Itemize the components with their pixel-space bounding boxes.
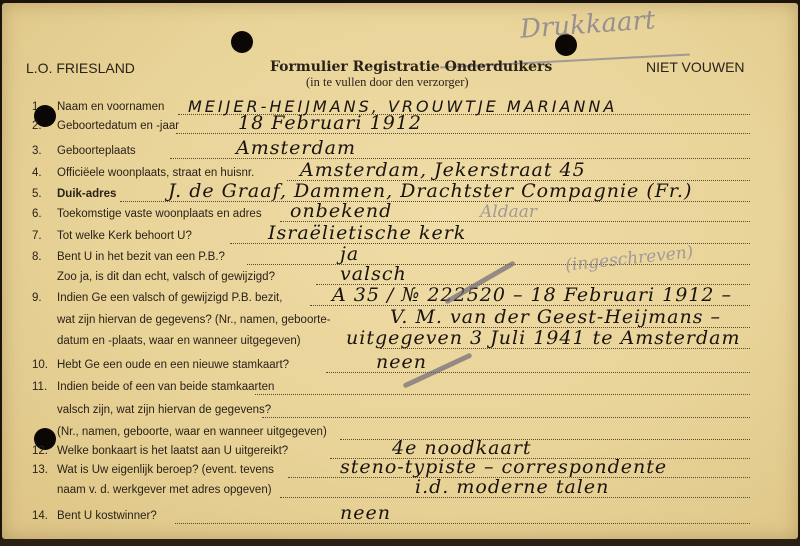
form-row: 14.Bent U kostwinner?neen — [0, 510, 800, 530]
field-label: valsch zijn, wat zijn hiervan de gegeven… — [57, 404, 271, 416]
handwritten-value: neen — [340, 502, 391, 524]
field-label: (Nr., namen, geboorte, waar en wanneer u… — [57, 426, 327, 438]
field-label: Bent U kostwinner? — [57, 510, 157, 522]
form-title: Formulier Registratie Onderduikers — [270, 59, 552, 75]
field-label: Indien Ge een valsch of gewijzigd P.B. b… — [57, 292, 282, 304]
field-number: 6. — [32, 208, 42, 220]
handwritten-value: steno-typiste – correspondente — [340, 456, 667, 478]
field-label: Geboorteplaats — [57, 145, 136, 157]
field-number: 8. — [32, 251, 42, 263]
field-number: 4. — [32, 167, 42, 179]
handwritten-value: i.d. moderne talen — [415, 476, 609, 498]
field-number: 11. — [32, 381, 47, 393]
field-label: Hebt Ge een oude en een nieuwe stamkaart… — [57, 359, 289, 371]
form-row: 13.Wat is Uw eigenlijk beroep? (event. t… — [0, 464, 800, 484]
handwritten-value: Amsterdam — [236, 137, 356, 159]
field-number: 2. — [32, 120, 42, 132]
field-number: 13. — [32, 464, 48, 476]
form-row: naam v. d. werkgever met adres opgeven)i… — [0, 484, 800, 504]
field-number: 14. — [32, 510, 48, 522]
field-number: 12. — [32, 445, 48, 457]
field-number: 7. — [32, 230, 42, 242]
field-label: Duik-adres — [57, 188, 116, 200]
field-number: 5. — [32, 188, 42, 200]
handwritten-value: valsch — [340, 263, 407, 285]
handwritten-value: 18 Februari 1912 — [238, 112, 422, 134]
handwritten-value: Israëlietische kerk — [268, 222, 466, 244]
dotted-line — [175, 523, 750, 524]
handwritten-value: J. de Graaf, Dammen, Drachtster Compagni… — [168, 180, 692, 202]
handwritten-value: V. M. van der Geest-Heijmans – — [390, 306, 721, 328]
handwritten-value: onbekend — [290, 200, 392, 222]
notice-do-not-fold: NIET VOUWEN — [646, 59, 745, 75]
form-row: 11.Indien beide of een van beide stamkaa… — [0, 381, 800, 401]
handwritten-value: neen — [376, 351, 427, 373]
dotted-line — [262, 417, 750, 418]
organization-name: L.O. FRIESLAND — [26, 60, 135, 76]
field-number: 3. — [32, 145, 42, 157]
form-row: 2.Geboortedatum en -jaar18 Februari 1912 — [0, 120, 800, 140]
handwritten-value: uitgegeven 3 Juli 1941 te Amsterdam — [346, 327, 740, 349]
form-subtitle: (in te vullen door den verzorger) — [306, 75, 469, 90]
field-label: Indien beide of een van beide stamkaarte… — [57, 381, 274, 393]
field-label: Naam en voornamen — [57, 101, 164, 113]
handwritten-value: ja — [340, 243, 359, 265]
pencil-annotation: Aldaar — [480, 202, 537, 222]
field-label: Geboortedatum en -jaar — [57, 120, 179, 132]
punch-hole — [231, 31, 253, 53]
field-label: naam v. d. werkgever met adres opgeven) — [57, 484, 272, 496]
dotted-line — [255, 394, 750, 395]
field-label: Wat is Uw eigenlijk beroep? (event. teve… — [57, 464, 274, 476]
handwritten-value: Amsterdam, Jekerstraat 45 — [300, 159, 586, 181]
field-label: Toekomstige vaste woonplaats en adres — [57, 208, 262, 220]
field-label: datum en -plaats, waar en wanneer uitgeg… — [57, 335, 301, 347]
field-number: 10. — [32, 359, 48, 371]
form-row: 5.Duik-adresJ. de Graaf, Dammen, Drachts… — [0, 188, 800, 208]
scan-edge — [0, 539, 800, 546]
field-label: Zoo ja, is dit dan echt, valsch of gewij… — [57, 271, 275, 283]
field-number: 9. — [32, 292, 42, 304]
form-row: 10.Hebt Ge een oude en een nieuwe stamka… — [0, 359, 800, 379]
handwritten-value: A 35 / № 222520 – 18 Februari 1912 – — [332, 284, 732, 306]
form-row: valsch zijn, wat zijn hiervan de gegeven… — [0, 404, 800, 424]
field-number: 1. — [32, 101, 42, 113]
field-label: Welke bonkaart is het laatst aan U uitge… — [57, 445, 288, 457]
field-label: Tot welke Kerk behoort U? — [57, 230, 192, 242]
field-label: Bent U in het bezit van een P.B.? — [57, 251, 225, 263]
field-label: wat zijn hiervan de gegevens? (Nr., name… — [57, 314, 331, 326]
field-label: Officiëele woonplaats, straat en huisnr. — [57, 167, 254, 179]
